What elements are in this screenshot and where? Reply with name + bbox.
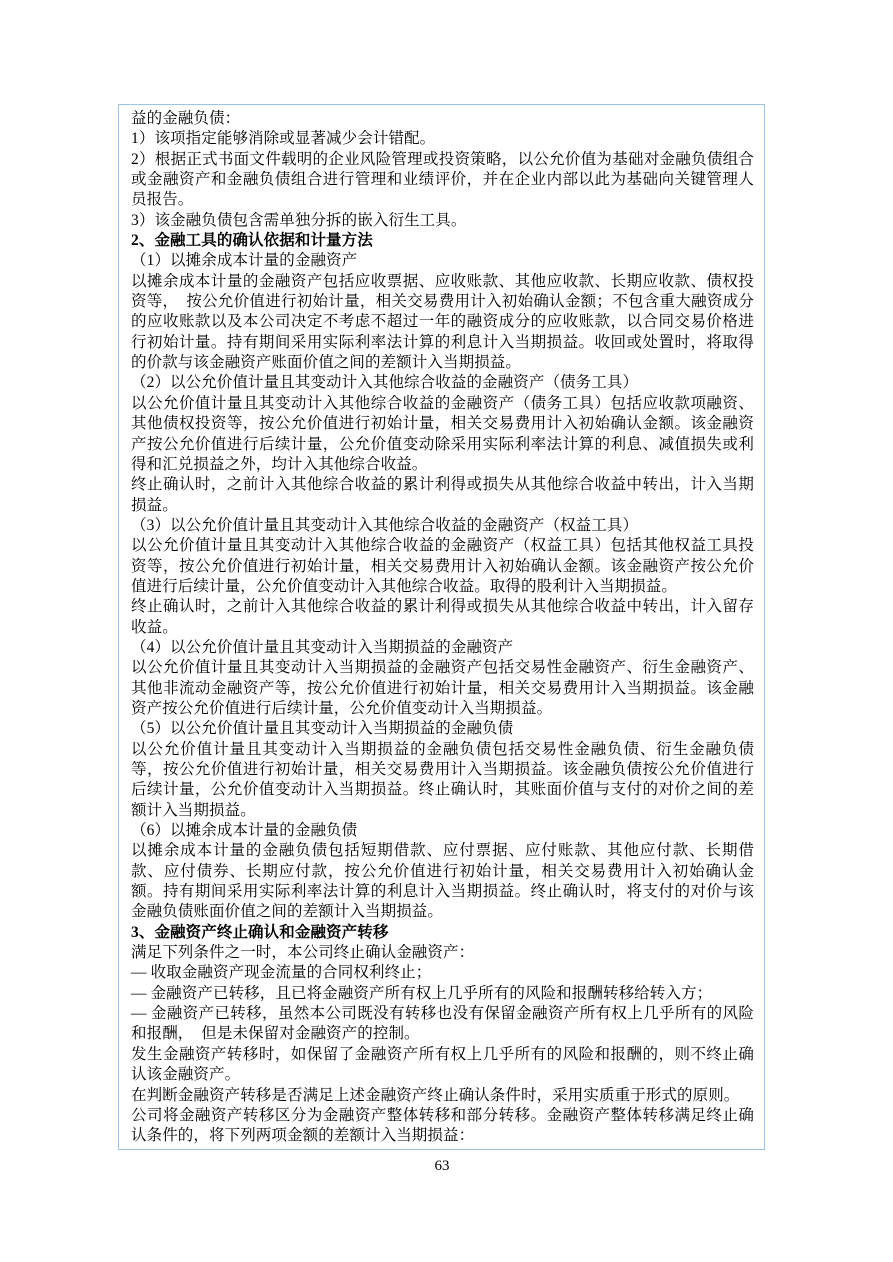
subsection-title-3: （3）以公允价值计量且其变动计入其他综合收益的金融资产（权益工具）	[131, 516, 754, 536]
paragraph-continuation: 益的金融负债：	[131, 109, 754, 129]
subsection-body-2b: 终止确认时，之前计入其他综合收益的累计利得或损失从其他综合收益中转出，计入当期损…	[131, 475, 754, 516]
document-page: 益的金融负债： 1）该项指定能够消除或显著减少会计错配。 2）根据正式书面文件载…	[0, 0, 893, 1262]
section-heading-2: 2、金融工具的确认依据和计量方法	[131, 231, 754, 251]
subsection-title-1: （1）以摊余成本计量的金融资产	[131, 251, 754, 271]
conditions-intro: 满足下列条件之一时，本公司终止确认金融资产：	[131, 943, 754, 963]
condition-item-2: — 金融资产已转移，且已将金融资产所有权上几乎所有的风险和报酬转移给转入方；	[131, 984, 754, 1004]
subsection-title-5: （5）以公允价值计量且其变动计入当期损益的金融负债	[131, 719, 754, 739]
subsection-title-4: （4）以公允价值计量且其变动计入当期损益的金融资产	[131, 638, 754, 658]
condition-item-1: — 收取金融资产现金流量的合同权利终止；	[131, 963, 754, 983]
subsection-title-6: （6）以摊余成本计量的金融负债	[131, 821, 754, 841]
subsection-body-1: 以摊余成本计量的金融资产包括应收票据、应收账款、其他应收款、长期应收款、债权投资…	[131, 272, 754, 374]
subsection-body-6: 以摊余成本计量的金融负债包括短期借款、应付票据、应付账款、其他应付款、长期借款、…	[131, 841, 754, 922]
page-number: 63	[118, 1156, 766, 1176]
list-item-2: 2）根据正式书面文件载明的企业风险管理或投资策略，以公允价值为基础对金融负债组合…	[131, 150, 754, 211]
section-heading-3: 3、金融资产终止确认和金融资产转移	[131, 923, 754, 943]
subsection-body-3: 以公允价值计量且其变动计入其他综合收益的金融资产（权益工具）包括其他权益工具投资…	[131, 536, 754, 597]
document-text-frame: 益的金融负债： 1）该项指定能够消除或显著减少会计错配。 2）根据正式书面文件载…	[118, 104, 765, 1150]
transfer-paragraph-3: 公司将金融资产转移区分为金融资产整体转移和部分转移。金融资产整体转移满足终止确认…	[131, 1106, 754, 1147]
subsection-body-2: 以公允价值计量且其变动计入其他综合收益的金融资产（债务工具）包括应收款项融资、其…	[131, 394, 754, 475]
list-item-3: 3）该金融负债包含需单独分拆的嵌入衍生工具。	[131, 211, 754, 231]
subsection-body-5: 以公允价值计量且其变动计入当期损益的金融负债包括交易性金融负债、衍生金融负债等，…	[131, 740, 754, 821]
transfer-paragraph-2: 在判断金融资产转移是否满足上述金融资产终止确认条件时，采用实质重于形式的原则。	[131, 1086, 754, 1106]
subsection-body-3b: 终止确认时，之前计入其他综合收益的累计利得或损失从其他综合收益中转出，计入留存收…	[131, 597, 754, 638]
subsection-body-4: 以公允价值计量且其变动计入当期损益的金融资产包括交易性金融资产、衍生金融资产、其…	[131, 658, 754, 719]
subsection-title-2: （2）以公允价值计量且其变动计入其他综合收益的金融资产（债务工具）	[131, 373, 754, 393]
condition-item-3: — 金融资产已转移，虽然本公司既没有转移也没有保留金融资产所有权上几乎所有的风险…	[131, 1004, 754, 1045]
transfer-paragraph-1: 发生金融资产转移时，如保留了金融资产所有权上几乎所有的风险和报酬的，则不终止确认…	[131, 1045, 754, 1086]
list-item-1: 1）该项指定能够消除或显著减少会计错配。	[131, 129, 754, 149]
